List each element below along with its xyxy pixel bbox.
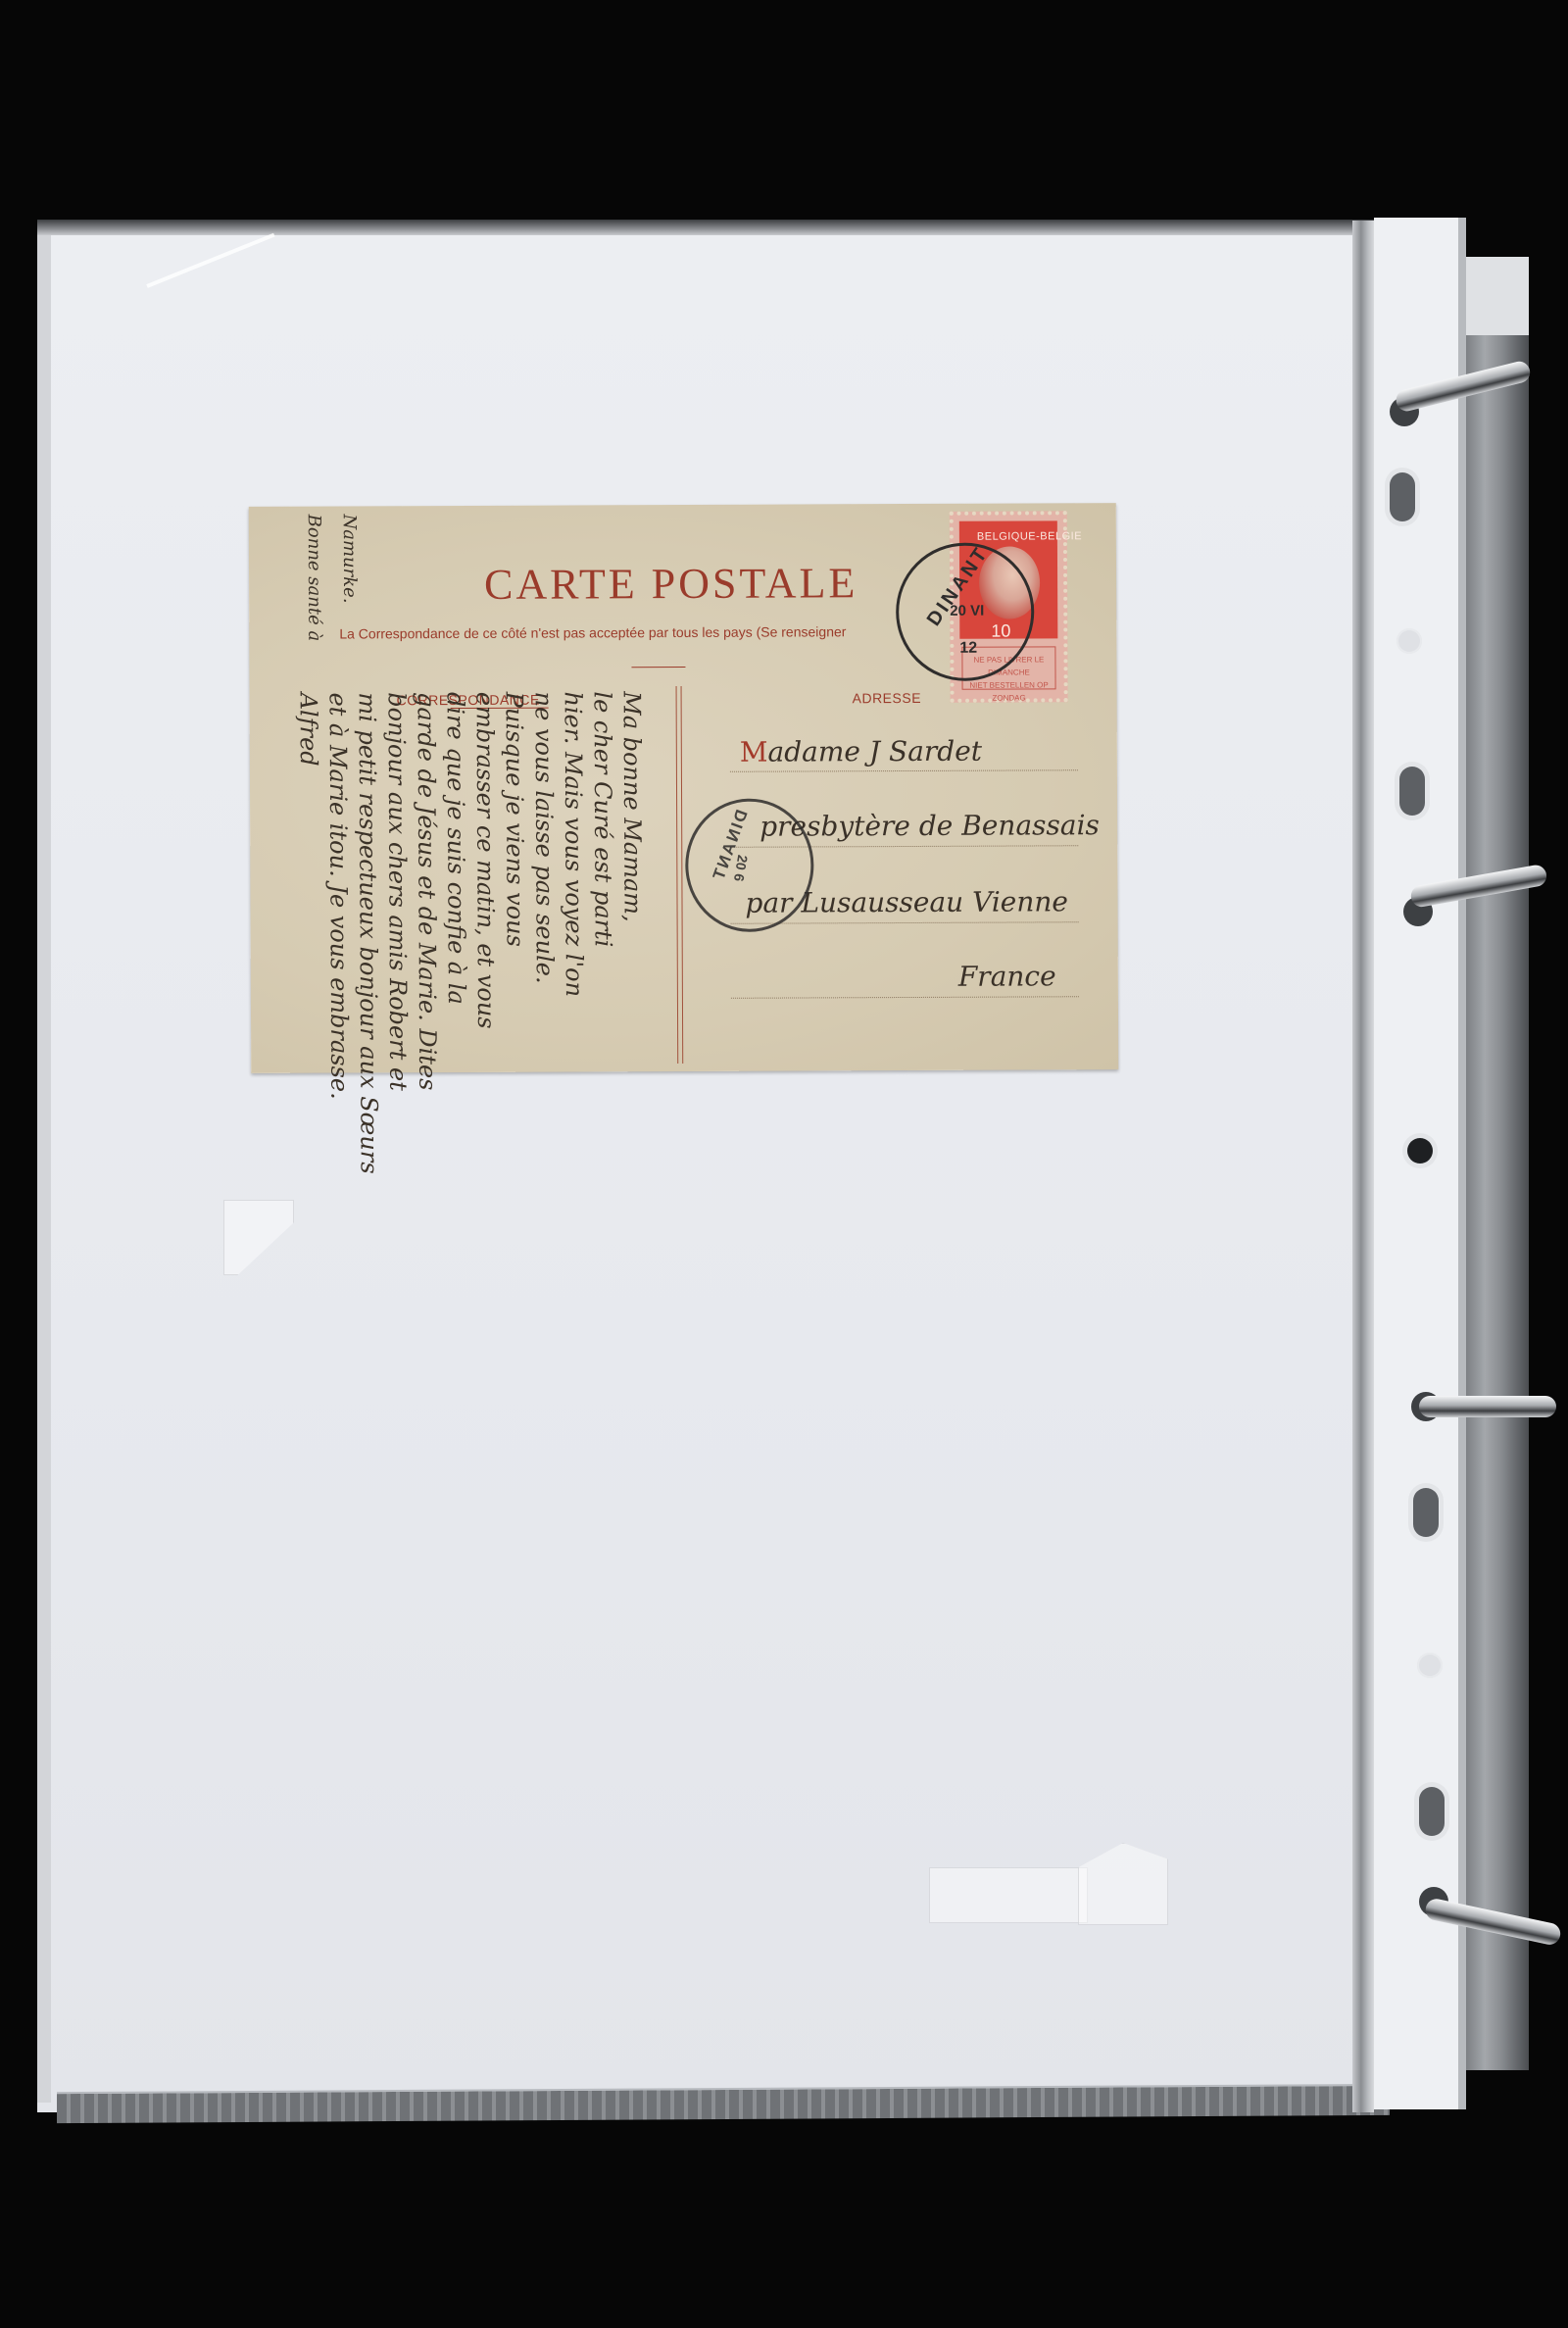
handwritten-line: embrasser ce matin, et vous [470,692,502,1173]
address-m-initial: M [740,736,768,768]
sleeve-edge [1352,221,1374,2112]
punch-hole [1417,1653,1443,1678]
handwritten-line: Ma bonne Mamam, [617,691,649,1172]
handwritten-line: bonjour aux chers amis Robert et [382,692,414,1173]
stamp-tab-line: NIET BESTELLEN OP ZONDAG [963,678,1055,704]
punch-hole [1390,472,1415,521]
postmark-date: 20 6 [731,854,751,883]
address-line-2: presbytère de Benassais [759,809,1100,843]
punch-hole [1419,1787,1445,1836]
sheet-top-edge [37,220,1382,235]
postmark-date: 20 VI [950,603,984,619]
punch-hole [1396,628,1422,654]
handwritten-line: Alfred [294,693,325,1174]
address-line-1: Madame J Sardet [740,735,982,768]
handwritten-message: Ma bonne Mamam,le cher Curé est partihie… [294,691,649,1174]
punch-hole [1407,1138,1433,1164]
address-name: adame J Sardet [767,735,982,768]
label-strip [929,1867,1088,1923]
handwritten-line: Bonne santé à [296,515,332,642]
album-scene: CARTE POSTALE La Correspondance de ce cô… [0,0,1568,2328]
binder-spine [1466,257,1529,2070]
address-line-4: France [958,960,1056,992]
binder-spine-cap [1466,257,1529,335]
handwritten-line: le cher Curé est parti [588,691,619,1172]
handwritten-line: hier. Mais vous voyez l'on [559,691,590,1172]
adresse-label: ADRESSE [853,690,921,706]
postcard-subtitle: La Correspondance de ce côté n'est pas a… [339,623,846,641]
center-divider [676,686,684,1064]
stamp-country: BELGIQUE-BELGIE [977,530,1082,542]
address-line [731,996,1079,999]
punch-hole [1399,767,1425,816]
margin-note: Namurke.Bonne santé à [296,514,367,641]
handwritten-line: mi petit respectueux bonjour aux Sœurs [353,692,384,1173]
postcard: CARTE POSTALE La Correspondance de ce cô… [249,503,1119,1073]
handwritten-line: Namurke. [331,514,367,641]
sheet-left-edge [37,221,51,2103]
punch-hole [1413,1488,1439,1537]
address-line [730,769,1078,772]
divider-rule [631,667,685,668]
handwritten-line: dire que je suis confie à la [441,692,472,1173]
handwritten-line: Puisque je viens vous [500,692,531,1173]
postmark-transit: DINANT 20 6 [685,798,814,932]
handwritten-line: garde de Jésus et de Marie. Dites [412,692,443,1173]
postcard-title: CARTE POSTALE [484,558,857,610]
postmark-year: 12 [959,640,977,658]
binder-ring[interactable] [1419,1396,1556,1417]
handwritten-line: ne vous laisse pas seule. [529,692,561,1173]
postmark-departure: DINANT 20 VI 12 [896,542,1035,681]
handwritten-line: et à Marie itou. Je vous embrasse. [323,692,355,1173]
